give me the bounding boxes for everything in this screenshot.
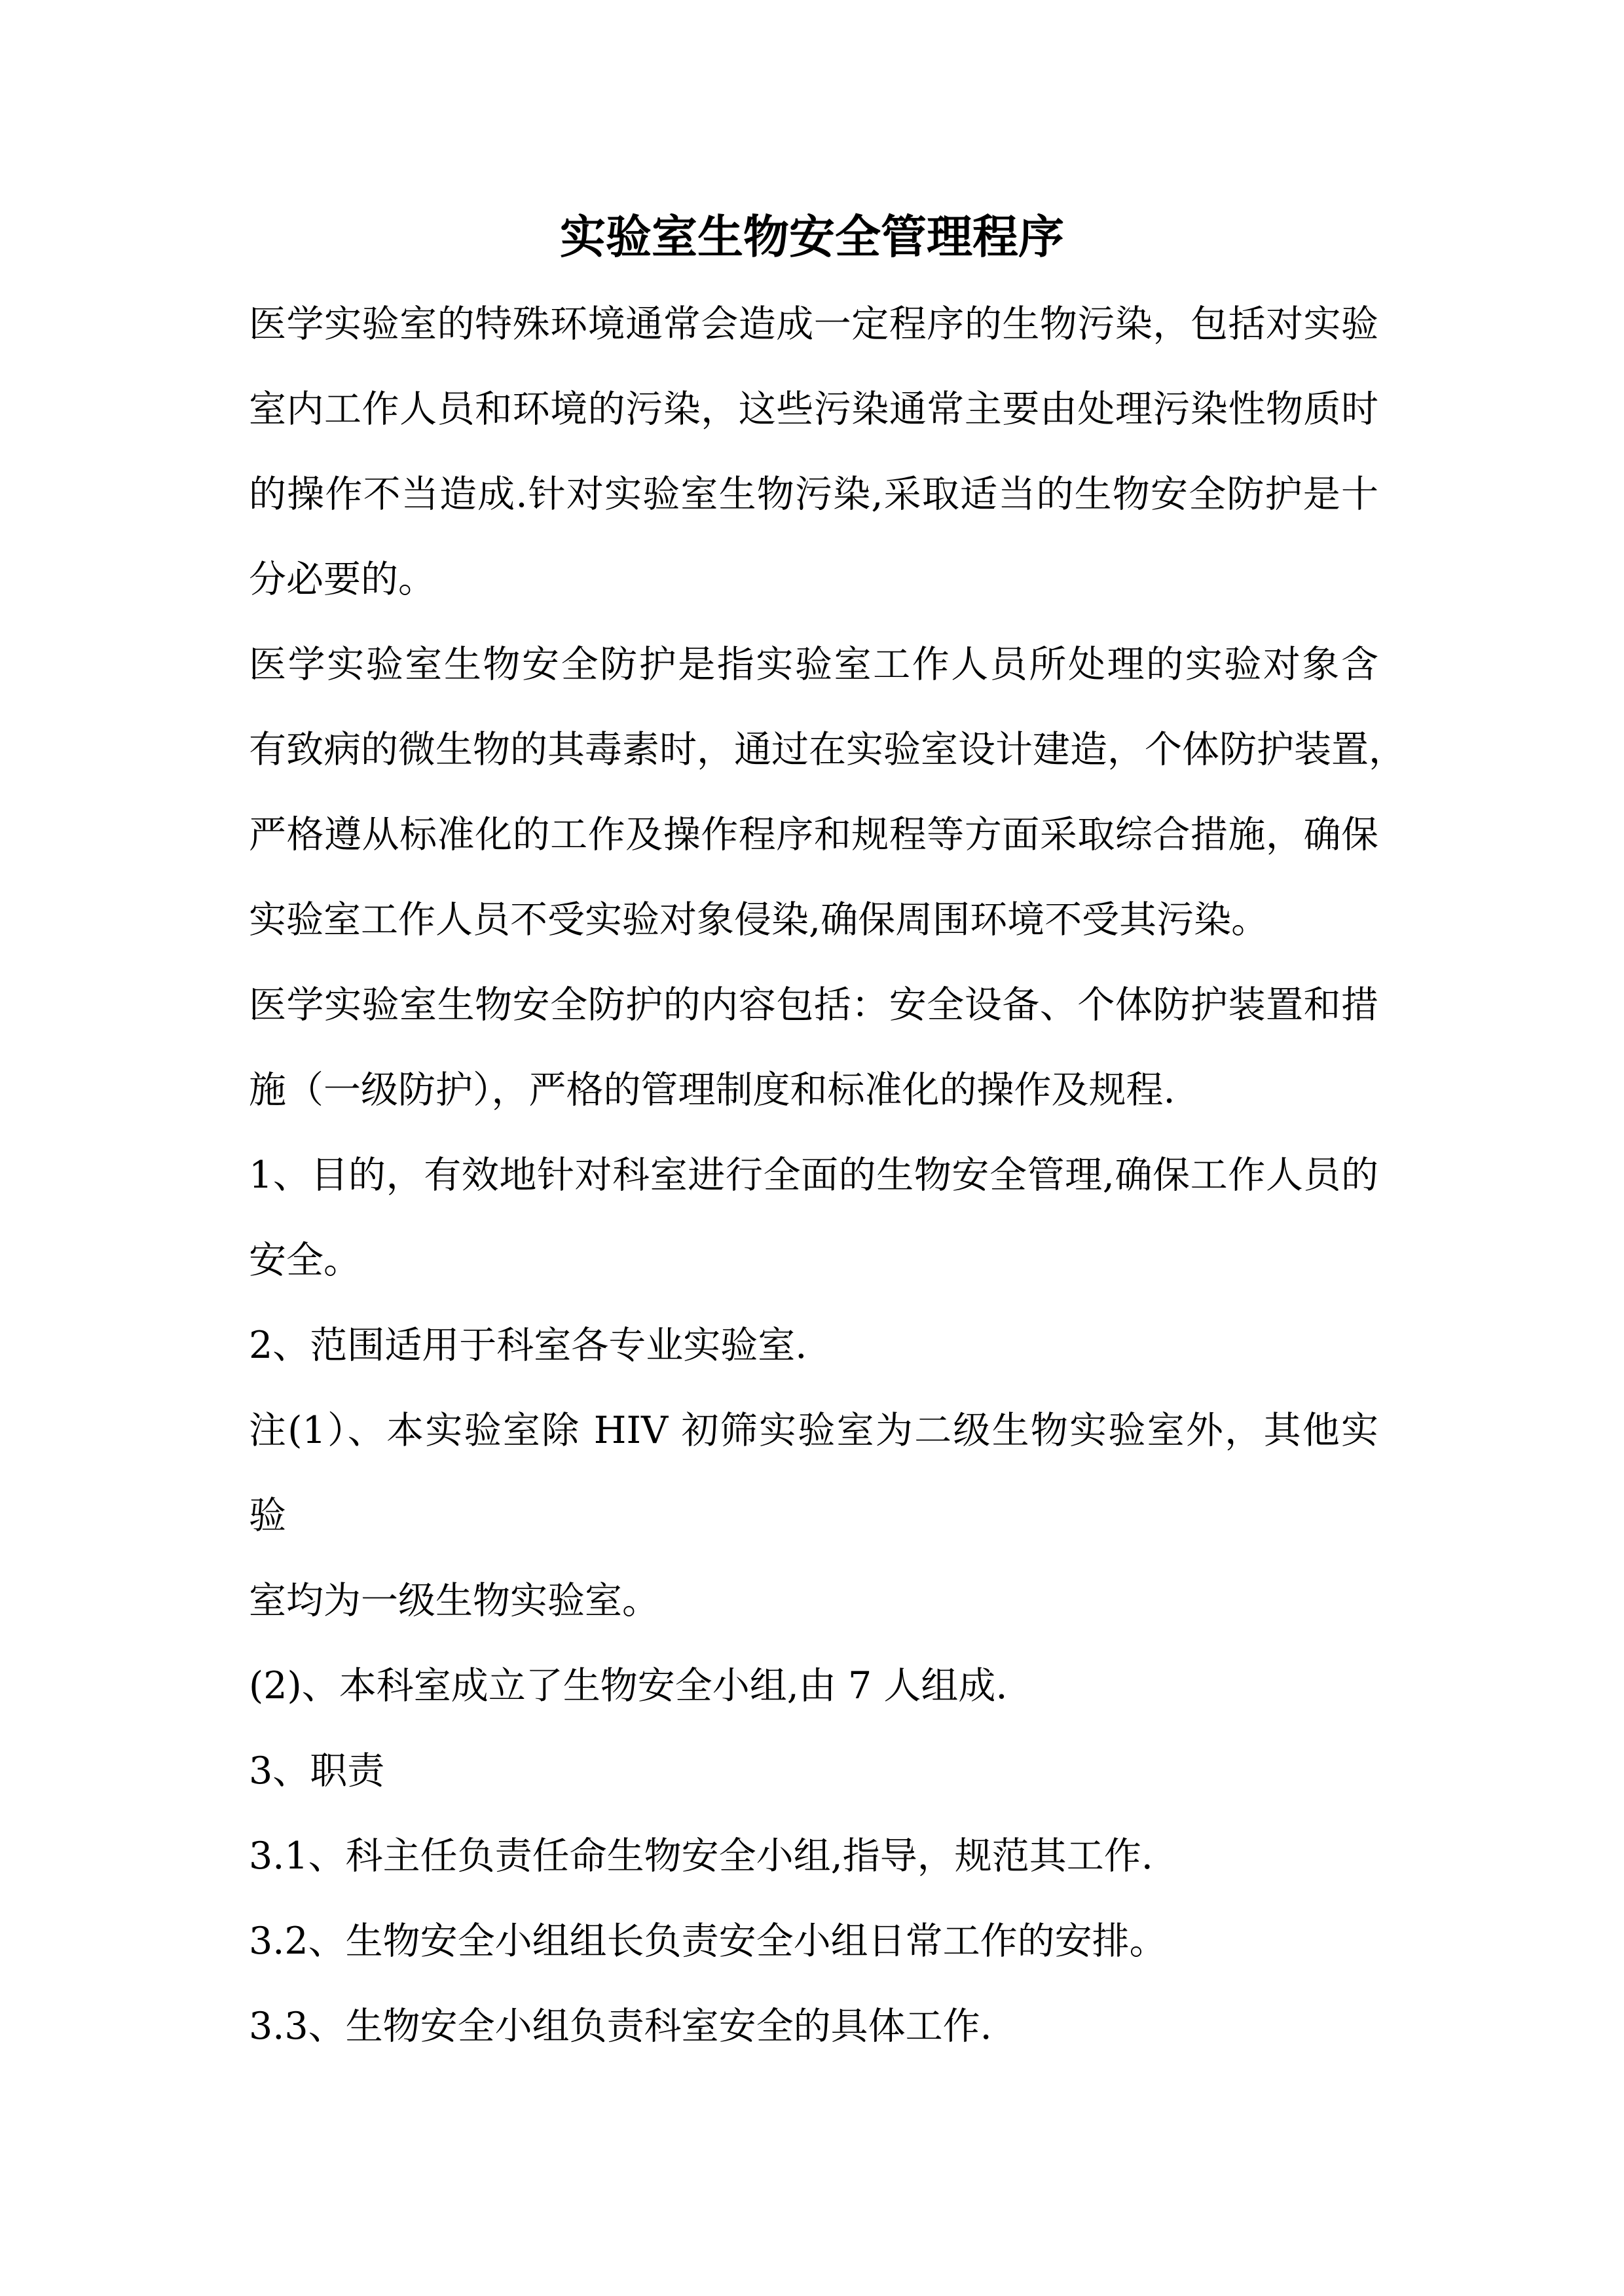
responsibility-3-2: 3.2、生物安全小组组长负责安全小组日常工作的安排。 xyxy=(249,1899,1378,1984)
body-line-definition-4: 实验室工作人员不受实验对象侵染,确保周围环境不受其污染。 xyxy=(249,877,1378,962)
note-1-line-3: 室均为一级生物实验室。 xyxy=(249,1558,1378,1643)
document-page: 实验室生物安全管理程序 医学实验室的特殊环境通常会造成一定程序的生物污染，包括对… xyxy=(0,0,1624,2296)
body-line-intro-4: 分必要的。 xyxy=(249,537,1378,622)
body-line-definition-2: 有致病的微生物的其毒素时，通过在实验室设计建造，个体防护装置， xyxy=(249,707,1378,792)
section-purpose-line-2: 安全。 xyxy=(249,1218,1378,1303)
section-responsibilities-heading: 3、职责 xyxy=(249,1728,1378,1813)
body-line-content-2: 施（一级防护），严格的管理制度和标准化的操作及规程. xyxy=(249,1048,1378,1133)
note-1-line-1: 注(1）、本实验室除 HIV 初筛实验室为二级生物实验室外，其他实 xyxy=(249,1388,1378,1473)
body-line-definition-1: 医学实验室生物安全防护是指实验室工作人员所处理的实验对象含 xyxy=(249,622,1378,707)
body-line-intro-3: 的操作不当造成.针对实验室生物污染,采取适当的生物安全防护是十 xyxy=(249,452,1378,537)
body-line-intro-2: 室内工作人员和环境的污染，这些污染通常主要由处理污染性物质时 xyxy=(249,367,1378,452)
document-body: 医学实验室的特殊环境通常会造成一定程序的生物污染，包括对实验 室内工作人员和环境… xyxy=(249,282,1378,2069)
section-purpose-line-1: 1、目的，有效地针对科室进行全面的生物安全管理,确保工作人员的 xyxy=(249,1133,1378,1218)
body-line-content-1: 医学实验室生物安全防护的内容包括：安全设备、个体防护装置和措 xyxy=(249,962,1378,1048)
section-scope: 2、范围适用于科室各专业实验室. xyxy=(249,1303,1378,1388)
note-1-line-2: 验 xyxy=(249,1473,1378,1558)
document-title: 实验室生物安全管理程序 xyxy=(0,211,1624,263)
responsibility-3-1: 3.1、科主任负责任命生物安全小组,指导，规范其工作. xyxy=(249,1813,1378,1899)
body-line-definition-3: 严格遵从标准化的工作及操作程序和规程等方面采取综合措施，确保 xyxy=(249,792,1378,877)
responsibility-3-3: 3.3、生物安全小组负责科室安全的具体工作. xyxy=(249,1984,1378,2069)
note-2: (2)、本科室成立了生物安全小组,由 7 人组成. xyxy=(249,1643,1378,1728)
body-line-intro-1: 医学实验室的特殊环境通常会造成一定程序的生物污染，包括对实验 xyxy=(249,282,1378,367)
